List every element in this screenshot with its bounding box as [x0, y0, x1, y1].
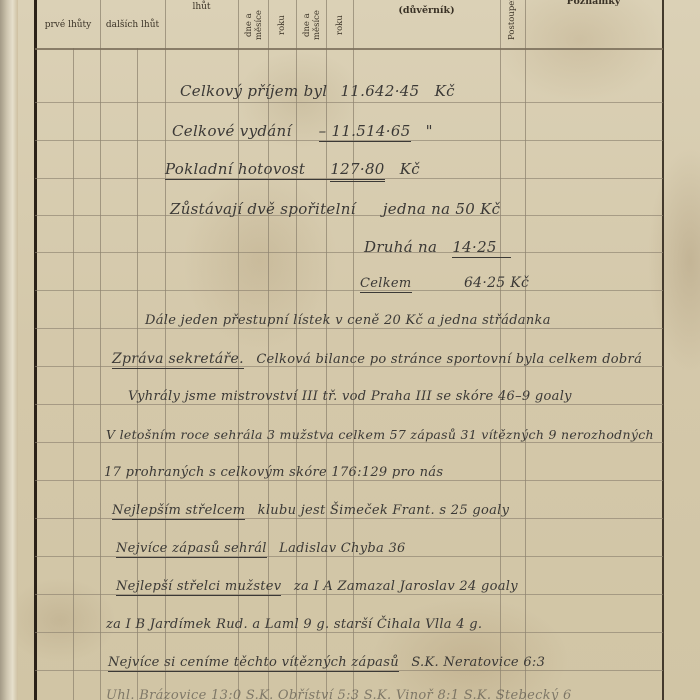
ruled-line	[35, 328, 663, 329]
entry-total-expense-value: – 11.514·65	[319, 122, 411, 142]
header-dne-a-mesice-2: dne a měsíce	[302, 6, 322, 44]
grid-vline	[353, 0, 354, 700]
book-binding-edge	[0, 0, 18, 700]
entry-cash-balance-unit: Kč	[400, 160, 420, 178]
grid-vline	[73, 48, 74, 700]
entry-total-income-value: 11.642·45	[340, 82, 419, 100]
entry-season-losses: 17 prohraných s celkovým skóre 176:129 p…	[104, 465, 443, 480]
ruled-line	[35, 632, 663, 633]
ruled-line	[35, 404, 663, 405]
ruled-line	[35, 442, 663, 443]
header-dalsich-lhut: dalších lhůt	[100, 20, 165, 30]
grid-vline	[137, 48, 138, 700]
left-margin-rule	[34, 0, 37, 700]
entry-savings-first: jedna na 50 Kč	[383, 200, 501, 218]
ruled-line	[35, 252, 663, 253]
header-dne-a-mesice-1: dne a měsíce	[244, 6, 264, 44]
team-scorers-1a: za I A Zamazal Jaroslav 24 goaly	[294, 579, 518, 594]
best-wins-neratovice: S.K. Neratovice 6:3	[411, 655, 545, 670]
entry-transfer-ticket: Dále jeden přestupní lístek v ceně 20 Kč…	[145, 313, 551, 328]
entry-total-expense-unit: "	[426, 122, 433, 140]
ruled-line	[35, 102, 663, 103]
secretary-report-summary: Celková bilance po stránce sportovní byl…	[256, 352, 642, 367]
grid-vline	[500, 0, 501, 700]
entry-total-label: Celkem	[360, 276, 412, 293]
entry-second-label: Druhá na	[364, 238, 437, 256]
entry-cash-balance-value: 127·80	[330, 160, 384, 182]
grid-vline	[525, 0, 526, 700]
top-scorer-heading: Nejlepším střelcem	[112, 503, 245, 520]
most-matches-text: Ladislav Chyba 36	[279, 541, 405, 556]
team-scorers-1b: za I B Jardímek Rud. a Laml 9 g. starší …	[106, 617, 482, 632]
entry-savings-label: Zůstávají dvě spořitelní	[170, 200, 356, 218]
entry-second-value: 14·25	[452, 238, 510, 258]
header-divider	[35, 48, 663, 50]
right-margin-rule	[662, 0, 664, 700]
most-matches-heading: Nejvíce zápasů sehrál	[116, 541, 267, 558]
entry-total-income-unit: Kč	[435, 82, 455, 100]
ruled-line	[35, 290, 663, 291]
ruled-line	[35, 480, 663, 481]
top-scorer-text: klubu jest Šimeček Frant. s 25 goaly	[258, 503, 510, 518]
entry-season-matches: V letošním roce sehrála 3 mužstva celkem…	[106, 427, 654, 442]
entry-total-income-label: Celkový příjem byl	[180, 82, 327, 100]
header-roku-1: roku	[277, 12, 287, 38]
best-wins-heading: Nejvíce si ceníme těchto vítězných zápas…	[108, 655, 399, 672]
entry-total-value: 64·25 Kč	[464, 275, 529, 291]
header-poznamky: Poznámky	[525, 0, 662, 7]
grid-vline	[326, 0, 327, 700]
header-postoupeno: Postoupeno	[507, 0, 517, 40]
entry-total-expense-label: Celkové vydání	[172, 122, 292, 140]
header-prve-lhuty: prvé lhůty	[36, 20, 100, 30]
header-duvernik: (důvěrník)	[353, 5, 500, 16]
secretary-report-heading: Zpráva sekretáře.	[112, 351, 244, 369]
grid-vline	[296, 0, 297, 700]
header-roku-2: roku	[335, 12, 345, 38]
best-wins-list: Uhl. Brázovice 13:0 S.K. Obříství 5:3 S.…	[106, 688, 572, 700]
team-scorers-heading: Nejlepší střelci mužstev	[116, 579, 281, 596]
grid-vline	[100, 0, 101, 700]
entry-championship: Vyhrály jsme mistrovství III tř. vod Pra…	[128, 389, 572, 404]
header-lhut: lhůt	[165, 2, 238, 12]
ledger-page: prvé lhůty dalších lhůt lhůt dne a měsíc…	[0, 0, 700, 700]
